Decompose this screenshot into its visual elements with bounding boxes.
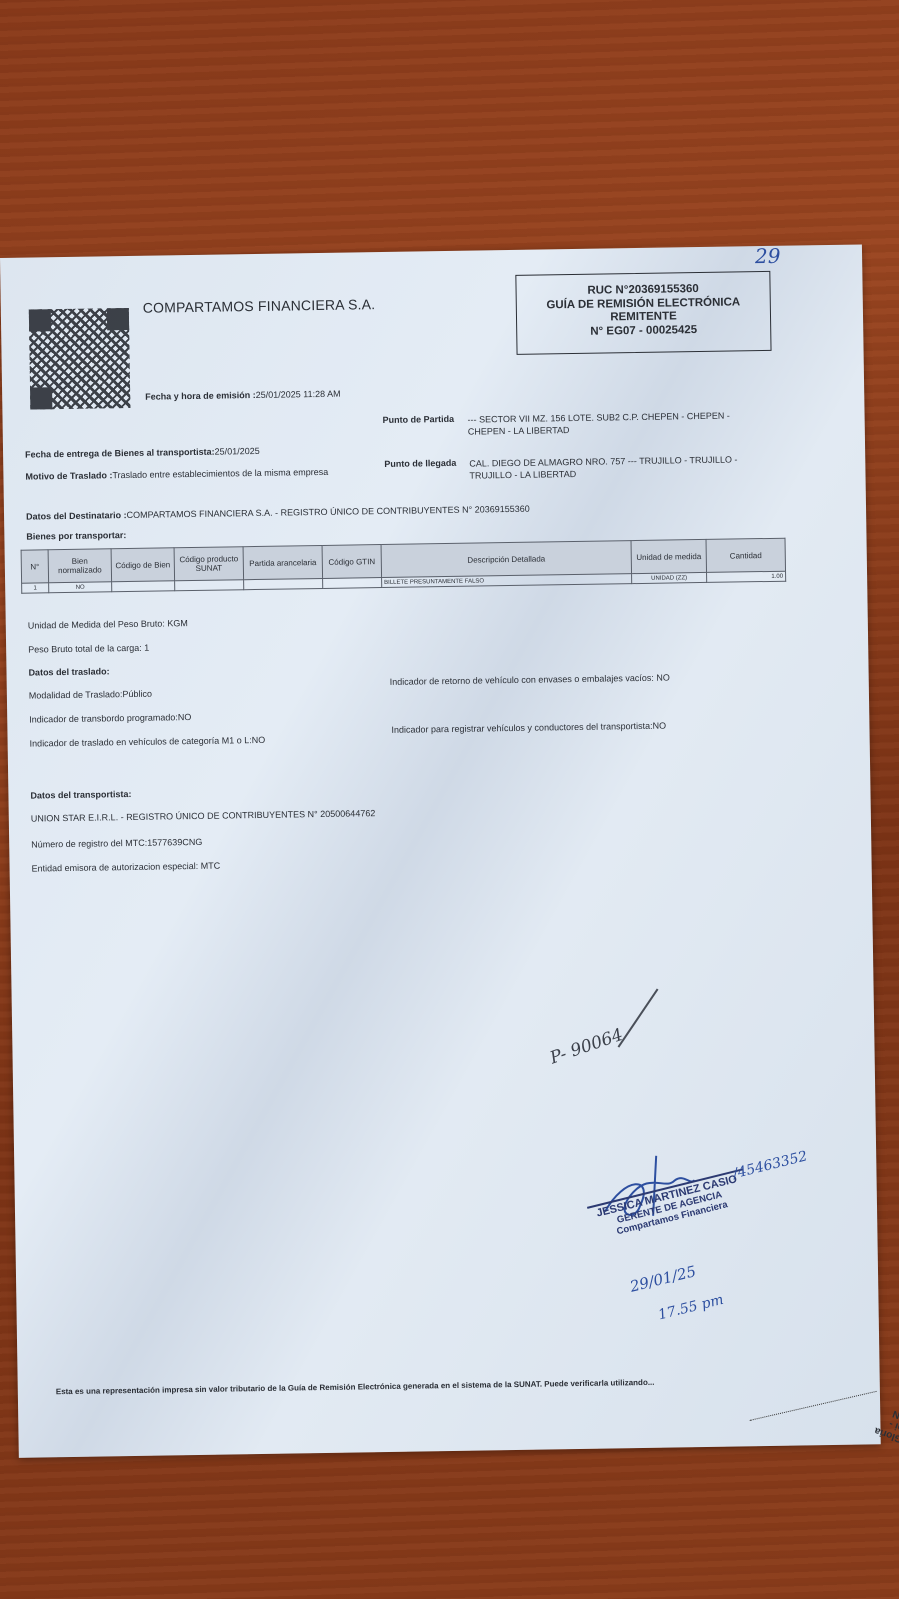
column-header: Cantidad [706, 538, 786, 572]
column-header: Código GTIN [322, 545, 382, 579]
transportista-title: Datos del transportista: [30, 789, 131, 801]
transportista-name: UNION STAR E.I.R.L. - REGISTRO ÚNICO DE … [31, 808, 376, 823]
handwritten-date: 29/01/25 [628, 1262, 698, 1296]
column-header: Unidad de medida [631, 539, 707, 573]
traslado-m1-l: Indicador de traslado en vehículos de ca… [30, 735, 266, 749]
ruc-header-box: RUC N°20369155360 GUÍA DE REMISIÓN ELECT… [515, 271, 771, 355]
handwritten-time: 17.55 pm [657, 1292, 726, 1324]
traslado-title: Datos del traslado: [28, 666, 109, 677]
traslado-retorno: Indicador de retorno de vehículo con env… [390, 673, 670, 687]
punto-partida-label: Punto de Partida [383, 414, 455, 425]
doc-number: N° EG07 - 00025425 [517, 322, 770, 339]
table-cell: 1 [22, 583, 49, 593]
transportista-mtc: Número de registro del MTC:1577639CNG [31, 837, 202, 850]
handwritten-checkmark-icon [618, 989, 659, 1048]
footer-disclaimer: Esta es una representación impresa sin v… [56, 1378, 655, 1396]
handwritten-id-number: /45463352 [731, 1148, 809, 1182]
fecha-entrega: Fecha de entrega de Bienes al transporti… [25, 446, 260, 460]
table-cell [112, 581, 175, 592]
traslado-registrar: Indicador para registrar vehículos y con… [391, 721, 666, 735]
column-header: Bien normalizado [48, 549, 112, 583]
table-cell [175, 580, 244, 591]
guia-remision-document: COMPARTAMOS FINANCIERA S.A. 29 RUC N°203… [0, 244, 881, 1457]
emission-datetime: Fecha y hora de emisión :25/01/2025 11:2… [145, 389, 341, 402]
table-cell: UNIDAD (ZZ) [632, 572, 707, 583]
transportista-entidad: Entidad emisora de autorizacion especial… [32, 861, 221, 874]
table-cell: NO [49, 582, 112, 593]
column-header: Código de Bien [111, 548, 175, 582]
punto-llegada-value: CAL. DIEGO DE ALMAGRO NRO. 757 --- TRUJI… [469, 453, 738, 481]
destinatario: Datos del Destinatario :COMPARTAMOS FINA… [26, 504, 530, 522]
handwritten-page-number: 29 [755, 244, 781, 268]
issuer-company-name: COMPARTAMOS FINANCIERA S.A. [143, 296, 376, 316]
traslado-modalidad: Modalidad de Traslado:Público [29, 689, 152, 701]
column-header: Descripción Detallada [381, 541, 631, 578]
table-cell: 1.00 [707, 571, 786, 582]
column-header: Partida arancelaria [243, 545, 323, 579]
table-cell [244, 578, 323, 589]
column-header: Código producto SUNAT [174, 547, 244, 581]
table-cell [323, 578, 382, 589]
peso-unidad: Unidad de Medida del Peso Bruto: KGM [28, 618, 188, 631]
column-header: N° [21, 550, 49, 583]
bienes-title: Bienes por transportar: [26, 530, 126, 542]
punto-partida-value: --- SECTOR VII MZ. 156 LOTE. SUB2 C.P. C… [468, 410, 731, 438]
stamp-dotted-line [750, 1391, 877, 1421]
peso-total: Peso Bruto total de la carga: 1 [28, 643, 149, 655]
motivo-traslado: Motivo de Traslado :Traslado entre estab… [25, 467, 328, 482]
punto-llegada-label: Punto de llegada [384, 458, 456, 469]
bienes-table: N°Bien normalizadoCódigo de BienCódigo p… [21, 538, 787, 594]
handwritten-code: P- 90064 [547, 1025, 625, 1068]
traslado-transbordo: Indicador de transbordo programado:NO [29, 712, 191, 725]
qr-code-icon [29, 308, 131, 410]
